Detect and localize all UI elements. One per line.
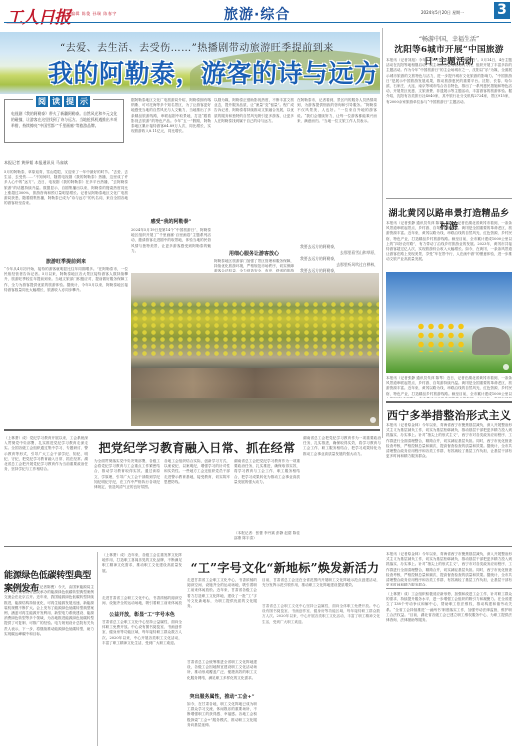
page-number: 3 [494, 2, 510, 19]
lead-body-col4: 在阿勒泰市，记者看到，景区内的服务人员热情周到，为游客提供细致的咨询和引导服务。… [297, 98, 377, 238]
gong-story-col1: 走进甘肃省工会职工文化中心，书香浓郁的阅读空间、设施齐全的运动场地，吸引着职工前… [102, 596, 182, 606]
lead-subhead-1: 旅游旺季提前到来 [4, 258, 128, 265]
meadow-flowers-photo [386, 272, 512, 373]
rock-shape [472, 327, 510, 355]
reading-tip-box: 阅 读 提 示 电视剧《我的阿勒泰》带火了新疆阿勒泰。自然风光和多元文化的碰撞，… [4, 99, 124, 143]
lead-body-col2: 据阿勒泰地区文化广电旅游局介绍，阿勒泰拥有喀纳斯、可可托海等多个知名景区，为了让… [131, 98, 211, 216]
reading-tip-title: 阅 读 提 示 [33, 96, 93, 107]
flower-pattern [131, 301, 379, 356]
lead-story-banner: “去爱、去生活、去受伤……”热播剧带动旅游旺季提前到来 我的阿勒泰，游客的诗与远… [0, 32, 380, 94]
section-title: 旅游·综合 [224, 4, 290, 24]
header-rule [4, 22, 511, 23]
party-story-credit: （本报记者：张蕾 李丹斌 彭静 赵甜 陈佳 邵康 陈宇清） [234, 531, 300, 542]
right-story3-body2: （上林萧）成）工会组织积极适应新形势，加强和改进工会工作，针对职工群众的需求，持… [386, 592, 512, 746]
newspaper-logo: 工人日报 [6, 3, 70, 28]
section-divider [4, 546, 512, 547]
gong-story-sidebar: （上林萧）成）近年来，各级工会注重发挥文化阵地作用，打造职工喜闻乐见的文化品牌，… [102, 553, 182, 593]
tip-char: 提 [64, 96, 76, 107]
gong-story-col2c: 如今，在甘肃各地，职工文化阵地已成为职工群众学习交流、休闲娱乐的重要场所，不断增… [187, 702, 257, 746]
energy-story-body: 本报北京5月19日电（记者陈俊）今天，由国家能源局主办、电力规划设计总院承办的能… [4, 585, 94, 745]
photo-credit-mark [503, 364, 509, 370]
issue-date: 2024年5月20日 星期一 [421, 10, 464, 16]
section-divider [4, 429, 380, 431]
right-story3-body: 本报讯（记者原金林）今年以来，青海省西宁市聚焦基层减负，深入开展整治形式主义为基… [386, 423, 512, 541]
lead-subhead-2: 感受“我的阿勒泰” [131, 218, 211, 225]
right-story3-headline: 西宁多举措整治形式主义 [386, 407, 512, 423]
desert-flowers-photo [131, 273, 379, 426]
column-divider [382, 28, 383, 438]
tip-char: 阅 [36, 96, 48, 107]
column-divider [97, 552, 98, 746]
right-story2-body: 本报讯（记者张静 通讯员朱萍 陈琴）近日，记者在湖北省黄冈市看到，一条条风景道串… [386, 221, 512, 269]
lead-subhead-3: 用细心服务让游客放心 [214, 250, 294, 257]
party-story-col2: 各地工会组织结合实际，创新学习方式，以案说纪、以案明纪，增强学习的针对性和实效性… [164, 459, 230, 537]
gong-story-col2b: 甘肃省总工会统筹推进全省职工文化阵地建设，各级工会因地制宜建设职工文化活动场所，… [187, 660, 257, 690]
right-story1-kicker: “畅游中国，幸福生活” [386, 34, 512, 43]
party-story-col3: 湖南省总工会把党纪学习教育作为一项重要政治任务，扎实推进，确保取得实效，将学习教… [234, 459, 300, 531]
gong-subhead-2: 突出服务属性，推动“工会+” [187, 693, 257, 700]
gong-story-col3-cont: 甘肃省总工会职工文化中心坚持公益属性，面向全体职工免费开放。中心设有图书阅览室、… [262, 604, 380, 746]
lead-kicker: “去爱、去生活、去受伤……”热播剧带动旅游旺季提前到来 [60, 39, 334, 54]
tip-char: 示 [78, 96, 90, 107]
editor-credit: 责任编辑 陈俊 孙瑞 陈春宇 [62, 11, 117, 17]
right-story3-body-cont: 本报讯（记者原金林）今年以来，青海省西宁市聚焦基层减负，深入开展整治形式主义为基… [386, 552, 512, 586]
flower-pattern [416, 322, 466, 352]
lead-body-col3b: 阿勒泰地区旅游部门加强了景区管理和服务保障，持续优化旅游环境，严格规范市场秩序，… [214, 259, 294, 272]
party-story-headline: 把党纪学习教育融入日常、抓在经常 [94, 439, 300, 456]
tip-char: 读 [50, 96, 62, 107]
rock-band [131, 368, 379, 398]
lead-byline: 本报记者 黄择韬 本报通讯员 马雀斌 [4, 160, 128, 166]
party-story-col4: 湖南省总工会把党纪学习教育作为一项重要政治任务，扎实推进，确保取得实效，将学习教… [303, 436, 381, 540]
right-story2-body-cont: 本报讯（记者张静 通讯员朱萍 陈琴）近日，记者在湖北省黄冈市看到，一条条风景道串… [386, 376, 512, 398]
gong-story-col1b: 甘肃省总工会职工文化中心坚持公益属性，面向全体职工免费开放。中心设有图书阅览室、… [102, 620, 182, 746]
story-divider [386, 198, 512, 199]
lead-body-col1: 5月的阿勒泰，草原返青，雪山皑皑，又迎来了一年中最好的时节。“去爱、去生活、去受… [4, 170, 128, 255]
lead-body-col2b: 2024年5月19日是第14个“中国旅游日”，阿勒泰地区组织开展了“千里画廊·百… [131, 228, 211, 270]
lead-body-col3: 以剧为媒，阿勒泰正借助影视热度，不断丰富文旅业态，提升服务品质，让“流量”变“留… [214, 98, 294, 246]
lead-headline: 我的阿勒泰，游客的诗与远方 [48, 54, 380, 90]
gong-story-headline: “工”字号文化“新地标”焕发新活力 [190, 559, 380, 576]
party-story-col1: 为全面贯彻落实党中央决策部署，各级工会将党纪学习教育与工会重点工作紧密结合，推动… [94, 459, 160, 537]
section-divider [386, 401, 512, 403]
party-story-lead-col: （上林萧）成）党纪学习教育开展以来，工会系统深入贯彻党中央部署，扎实推进党纪学习… [4, 436, 88, 540]
right-story1-body: 本报讯（记者刘旭）今年5月19日是第14个“中国旅游日”。5月14日，4台主题活… [386, 58, 512, 194]
reading-tip-text: 电视剧《我的阿勒泰》带火了新疆阿勒泰。自然风光和多元文化的碰撞，让游客在这里找到… [11, 111, 119, 129]
photo-credit-mark [370, 417, 376, 423]
lead-body-col1b: “今年从4月初开始，接待的游客就明显比往年同期增多。”在阿勒泰市，一位民宿经营者… [4, 267, 128, 355]
gong-story-col2: 走进甘肃省工会职工文化中心，书香浓郁的阅读空间、设施齐全的运动场地，吸引着职工前… [187, 578, 257, 658]
story-divider [386, 588, 512, 589]
gong-subhead-1: 公益开放，彰显“工”字号本色 [102, 611, 182, 618]
